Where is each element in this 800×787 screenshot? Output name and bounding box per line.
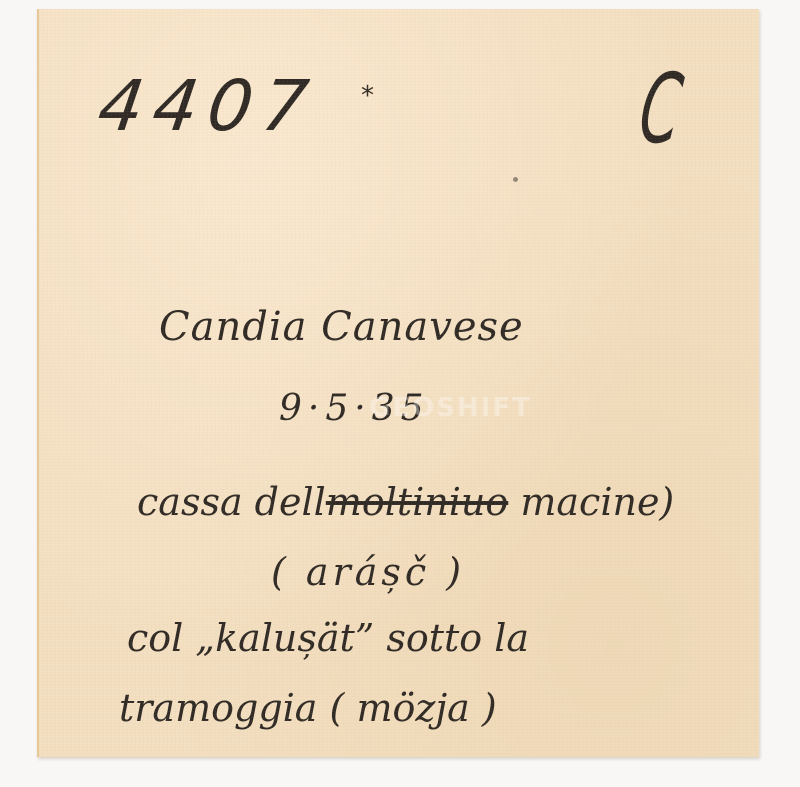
asterisk-mark-icon: * bbox=[361, 81, 374, 111]
letter-mark: C bbox=[635, 61, 687, 157]
index-card: 4407 * C Candia Canavese 9·5·35 GEOSHIFT… bbox=[37, 9, 759, 757]
note-line-1: cassa dellmoltiniuo macine) bbox=[137, 483, 674, 521]
paper-speck bbox=[513, 177, 518, 182]
scan-background: 4407 * C Candia Canavese 9·5·35 GEOSHIFT… bbox=[0, 0, 800, 787]
note-line-1-suffix: macine) bbox=[508, 480, 674, 524]
note-line-1-prefix: cassa dell bbox=[137, 480, 326, 524]
note-line-4: tramoggia ( mözja ) bbox=[119, 689, 497, 727]
place-name: Candia Canavese bbox=[159, 307, 524, 347]
struck-out-word: moltiniuo bbox=[326, 480, 508, 524]
note-line-2: ( aráșč ) bbox=[271, 553, 465, 591]
watermark: GEOSHIFT bbox=[369, 393, 532, 423]
note-line-3: col „kalușät” sotto la bbox=[127, 619, 529, 657]
catalog-number: 4407 bbox=[94, 71, 322, 141]
